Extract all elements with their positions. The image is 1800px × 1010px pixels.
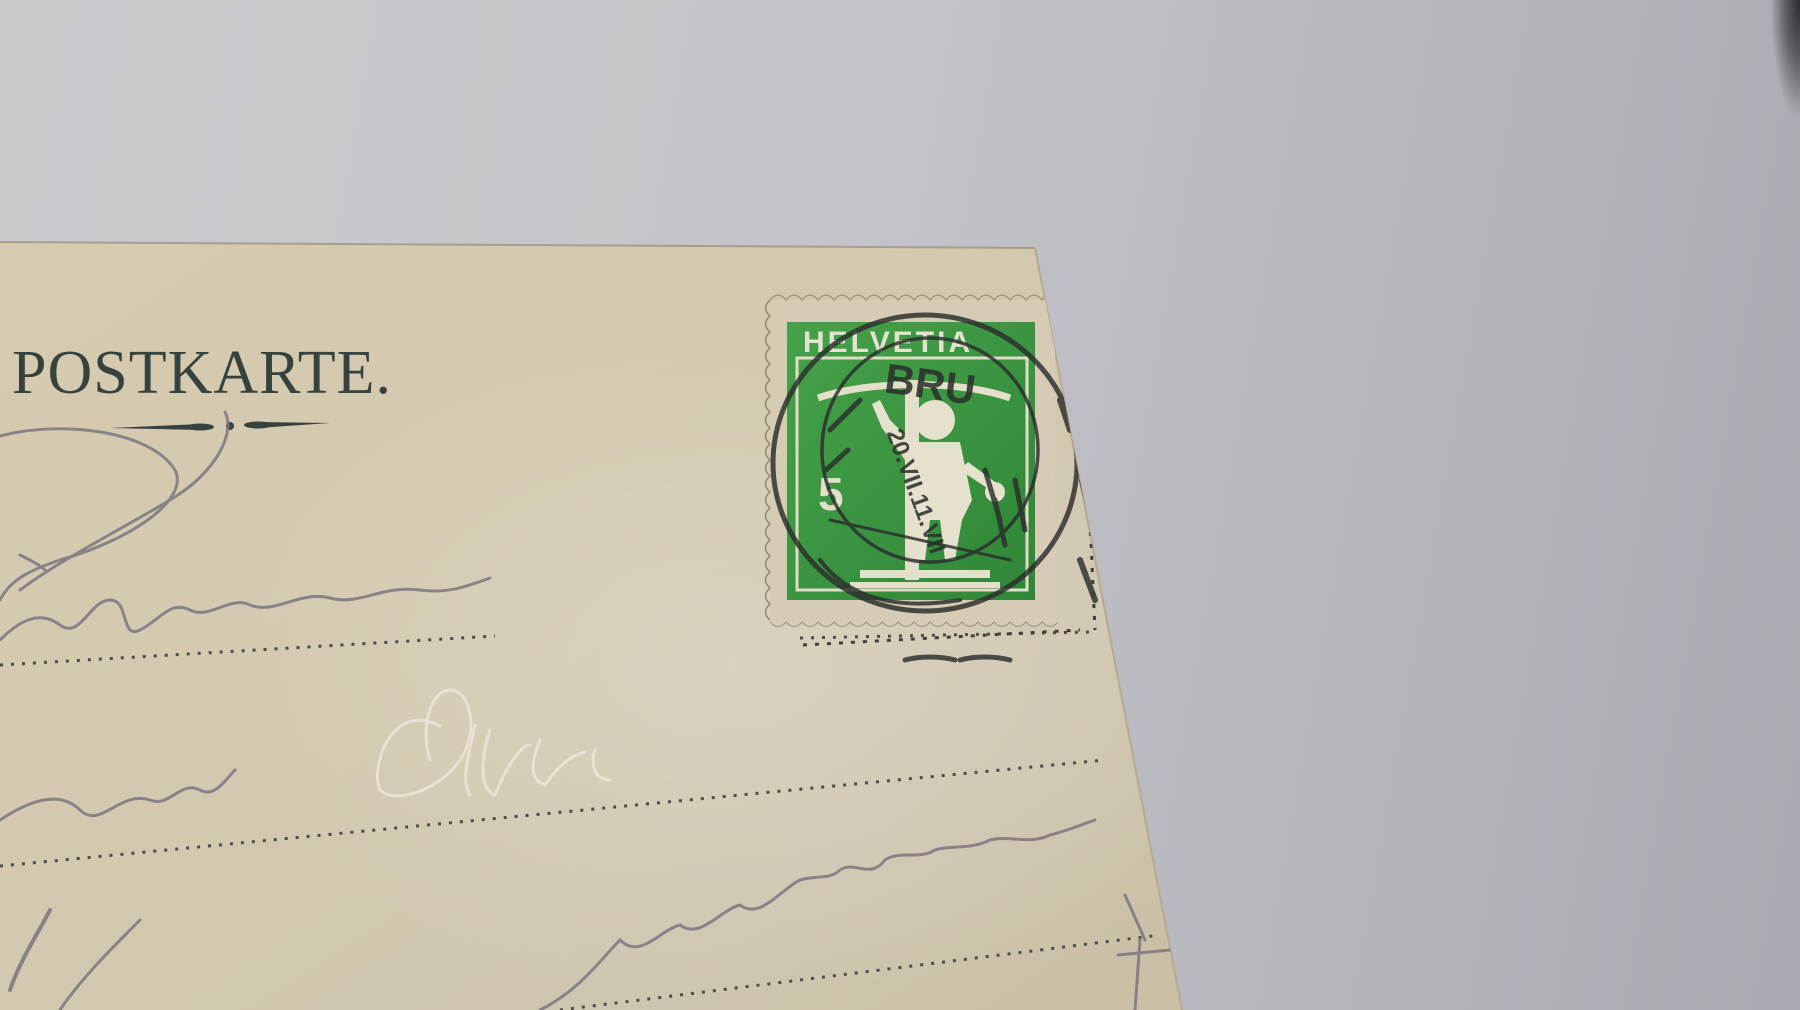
postcard-illustration: POSTKARTE. — [0, 0, 1800, 1010]
photo-scene: POSTKARTE. — [0, 0, 1800, 1010]
postcard-title: POSTKARTE. — [12, 339, 392, 407]
